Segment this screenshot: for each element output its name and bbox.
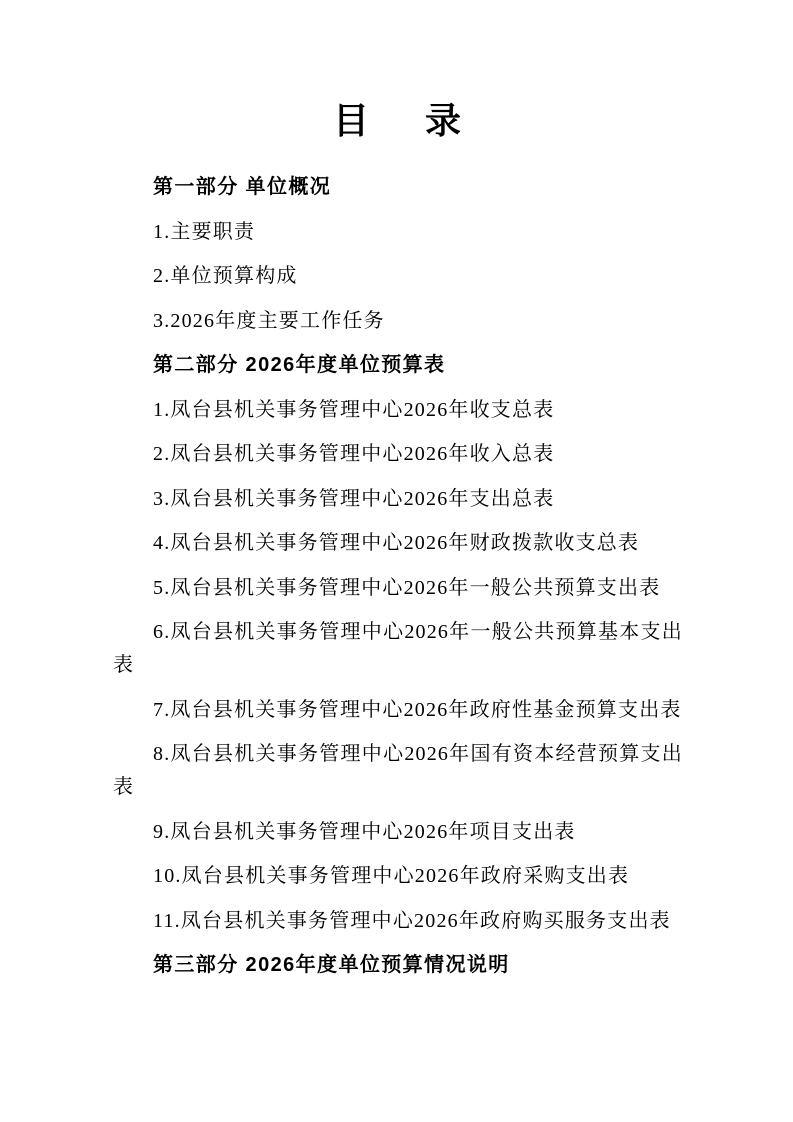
- toc-item: 8.凤台县机关事务管理中心2026年国有资本经营预算支出表: [113, 738, 683, 804]
- toc-item: 5.凤台县机关事务管理中心2026年一般公共预算支出表: [113, 572, 683, 605]
- toc-item: 1.凤台县机关事务管理中心2026年收支总表: [113, 394, 683, 427]
- toc-item: 4.凤台县机关事务管理中心2026年财政拨款收支总表: [113, 527, 683, 560]
- toc-item: 11.凤台县机关事务管理中心2026年政府购买服务支出表: [113, 905, 683, 938]
- toc-item: 10.凤台县机关事务管理中心2026年政府采购支出表: [113, 860, 683, 893]
- document-page: 目 录 第一部分 单位概况1.主要职责2.单位预算构成3.2026年度主要工作任…: [0, 0, 793, 1122]
- toc-item: 3.2026年度主要工作任务: [113, 305, 683, 338]
- toc-item: 2.凤台县机关事务管理中心2026年收入总表: [113, 438, 683, 471]
- toc-section-heading: 第一部分 单位概况: [113, 171, 683, 204]
- toc-item: 7.凤台县机关事务管理中心2026年政府性基金预算支出表: [113, 694, 683, 727]
- toc-item: 2.单位预算构成: [113, 260, 683, 293]
- page-title: 目 录: [113, 99, 683, 143]
- toc-section-heading: 第三部分 2026年度单位预算情况说明: [113, 949, 683, 982]
- toc-item: 1.主要职责: [113, 216, 683, 249]
- toc-item: 3.凤台县机关事务管理中心2026年支出总表: [113, 483, 683, 516]
- toc-item: 9.凤台县机关事务管理中心2026年项目支出表: [113, 816, 683, 849]
- toc-item: 6.凤台县机关事务管理中心2026年一般公共预算基本支出表: [113, 616, 683, 682]
- toc-section-heading: 第二部分 2026年度单位预算表: [113, 349, 683, 382]
- toc-list: 第一部分 单位概况1.主要职责2.单位预算构成3.2026年度主要工作任务第二部…: [113, 171, 683, 982]
